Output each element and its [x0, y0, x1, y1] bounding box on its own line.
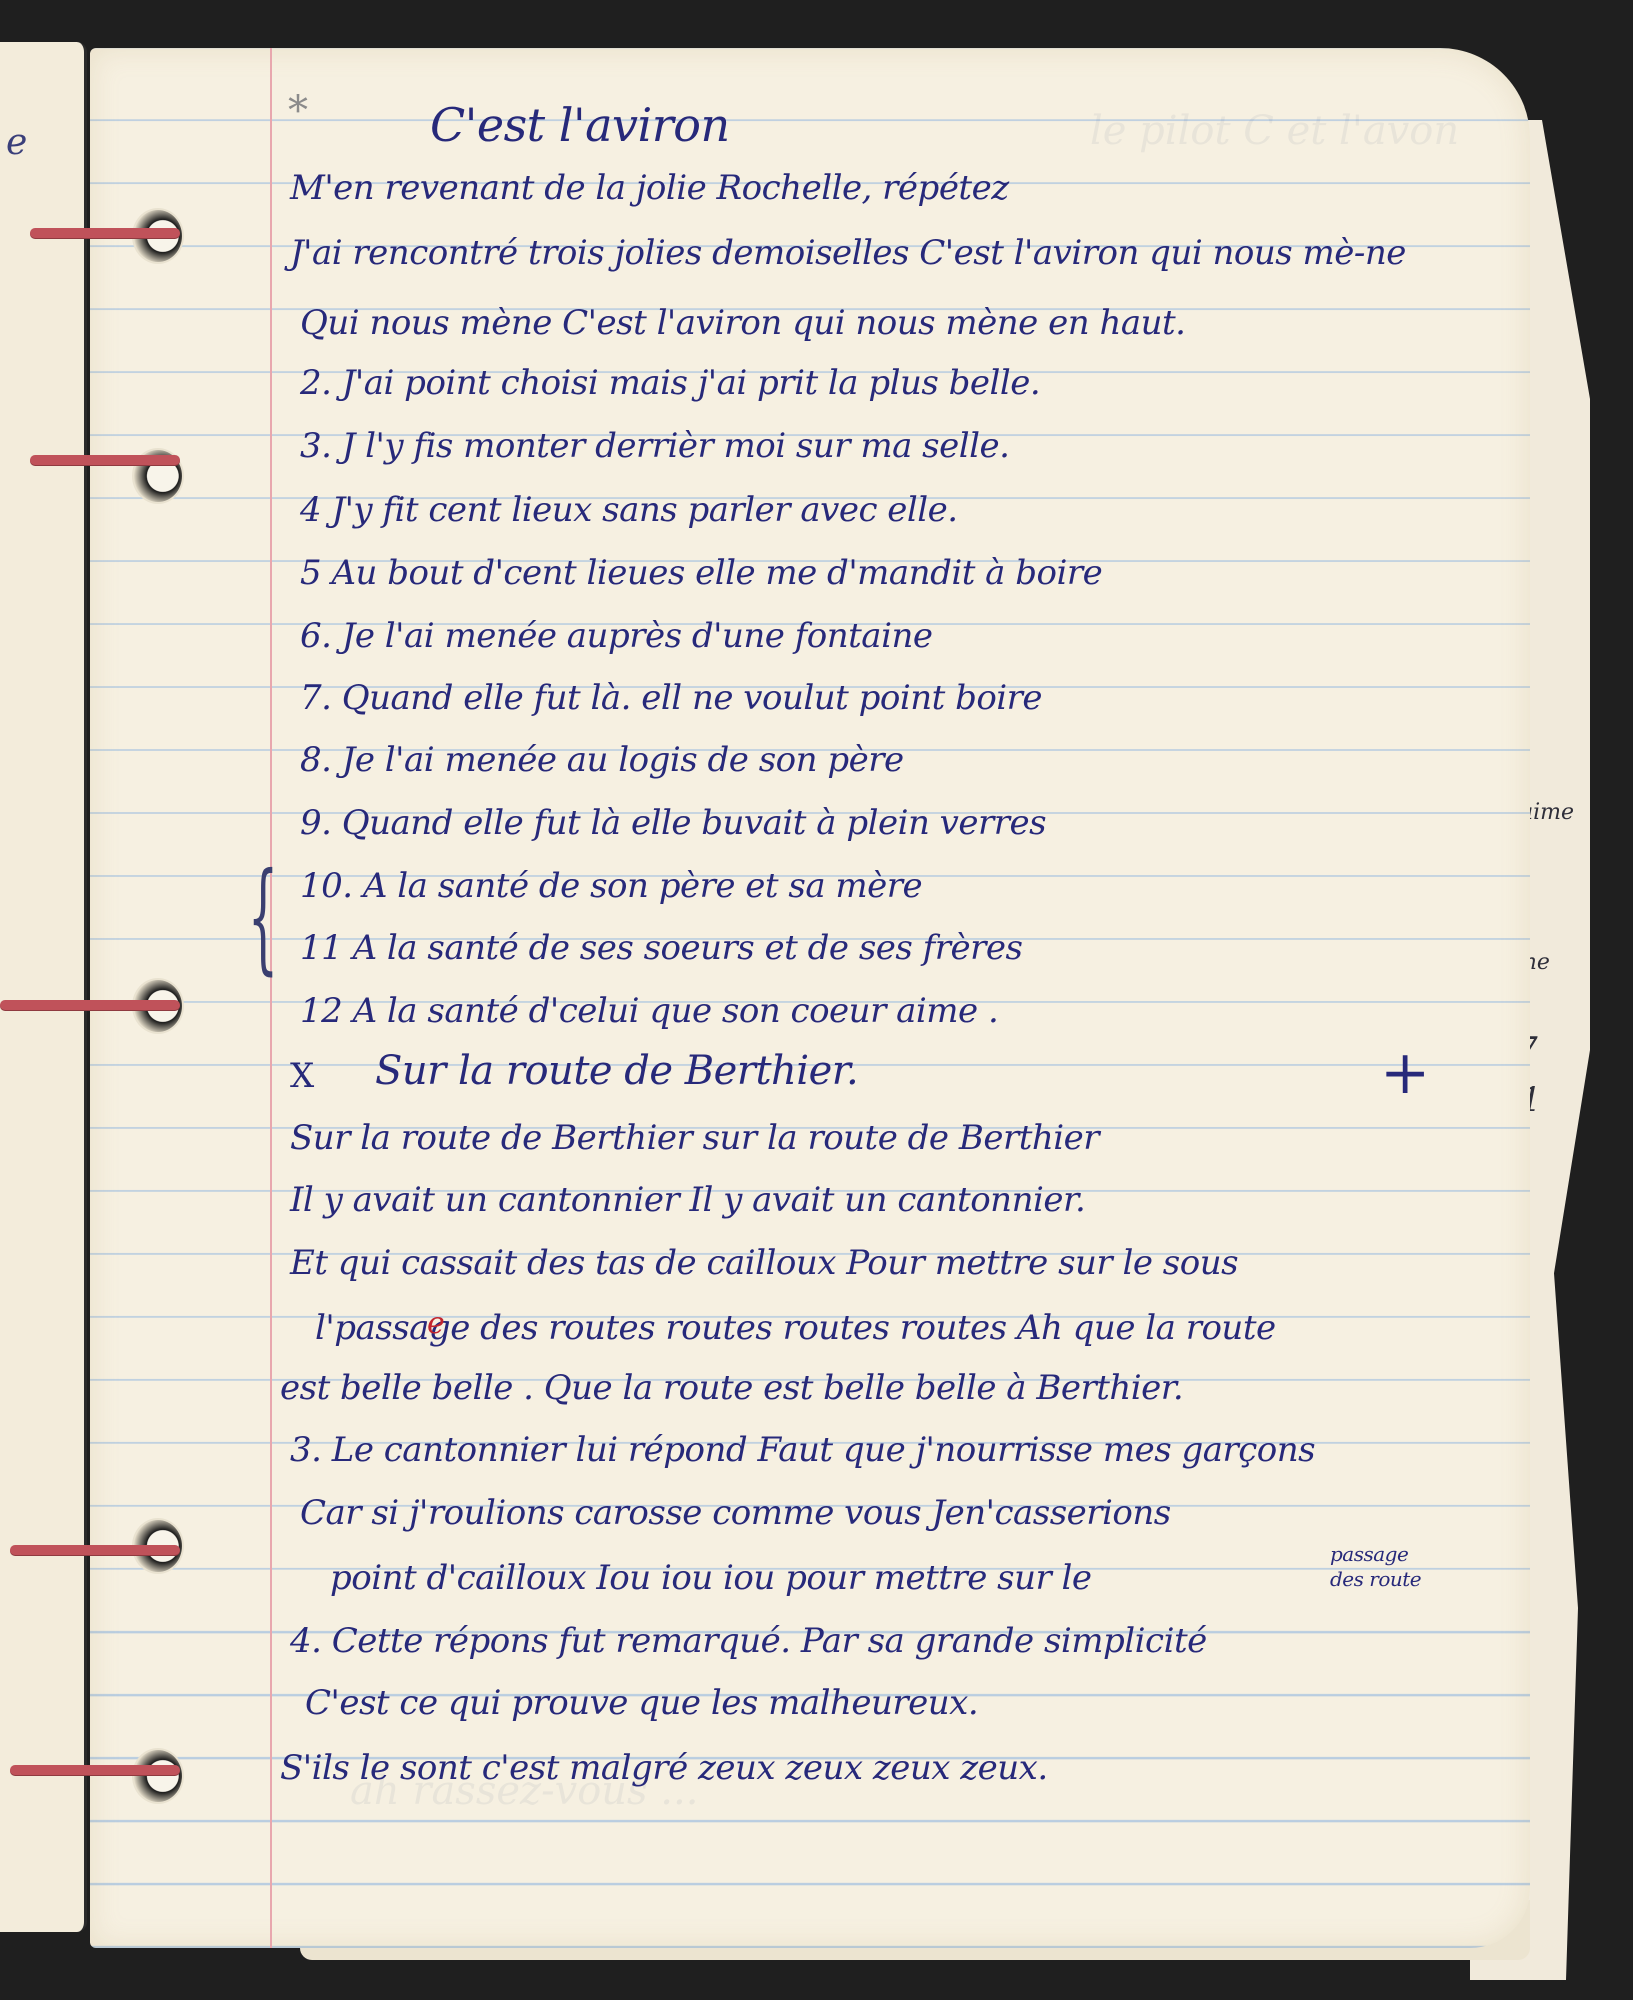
section-mark-right: + — [1380, 1038, 1430, 1108]
lyric-line: C'est ce qui prouve que les malheureux. — [305, 1683, 978, 1723]
asterisk-mark: * — [288, 88, 308, 134]
lyric-line: Il y avait un cantonnier Il y avait un c… — [290, 1180, 1085, 1220]
lyric-line: 8. Je l'ai menée au logis de son père — [300, 740, 904, 780]
lyric-line: Et qui cassait des tas de cailloux Pour … — [290, 1243, 1238, 1283]
lyric-line: 9. Quand elle fut là elle buvait à plein… — [300, 803, 1046, 843]
binding-string — [10, 1765, 180, 1775]
lyric-line: M'en revenant de la jolie Rochelle, répé… — [290, 168, 1009, 208]
lyric-line: est belle belle . Que la route est belle… — [280, 1368, 1183, 1408]
lyric-line: l'passage des routes routes routes route… — [315, 1308, 1276, 1348]
lyric-line: 6. Je l'ai menée auprès d'une fontaine — [300, 616, 932, 656]
lyric-line: S'ils le sont c'est malgré zeux zeux zeu… — [280, 1748, 1048, 1788]
lyric-line: 5 Au bout d'cent lieues elle me d'mandit… — [300, 553, 1102, 593]
binding-string — [30, 455, 180, 465]
song-title: Sur la route de Berthier. — [375, 1048, 858, 1094]
lyric-line: 3. Le cantonnier lui répond Faut que j'n… — [290, 1430, 1315, 1470]
margin-line — [270, 48, 272, 1948]
margin-note: passage — [1330, 1543, 1408, 1565]
left-page-fragment: e — [6, 122, 27, 163]
lyric-line: 4 J'y fit cent lieux sans parler avec el… — [300, 490, 958, 530]
notebook-page: le pilot C et l'avon ah rassez-vous ... … — [90, 48, 1530, 1948]
left-facing-page: e — [0, 42, 87, 1932]
bracket-mark: { — [248, 848, 278, 987]
margin-note: des route — [1330, 1568, 1421, 1590]
binding-string — [30, 228, 180, 238]
lyric-line: 12 A la santé d'celui que son coeur aime… — [300, 991, 998, 1031]
lyric-line: Car si j'roulions carosse comme vous Jen… — [300, 1493, 1171, 1533]
binding-string — [0, 1000, 180, 1010]
lyric-line: 4. Cette répons fut remarqué. Par sa gra… — [290, 1621, 1207, 1661]
lyric-line: 11 A la santé de ses soeurs et de ses fr… — [300, 928, 1022, 968]
song-title: C'est l'aviron — [430, 98, 730, 152]
lyric-line: 3. J l'y fis monter derrièr moi sur ma s… — [300, 426, 1009, 466]
bleed-through: le pilot C et l'avon — [1090, 108, 1459, 154]
red-correction: e — [427, 1306, 444, 1341]
lyric-line: 2. J'ai point choisi mais j'ai prit la p… — [300, 363, 1040, 403]
binding-hole — [132, 1748, 184, 1804]
lyric-line: 10. A la santé de son père et sa mère — [300, 866, 922, 906]
lyric-line: 7. Quand elle fut là. ell ne voulut poin… — [300, 678, 1042, 718]
lyric-line: Sur la route de Berthier sur la route de… — [290, 1118, 1099, 1158]
lyric-line: J'ai rencontré trois jolies demoiselles … — [290, 233, 1406, 273]
lyric-line: Qui nous mène C'est l'aviron qui nous mè… — [300, 303, 1185, 343]
section-mark-left: X — [290, 1056, 314, 1096]
lyric-line: point d'cailloux Iou iou iou pour mettre… — [330, 1558, 1092, 1598]
binding-string — [10, 1545, 180, 1555]
